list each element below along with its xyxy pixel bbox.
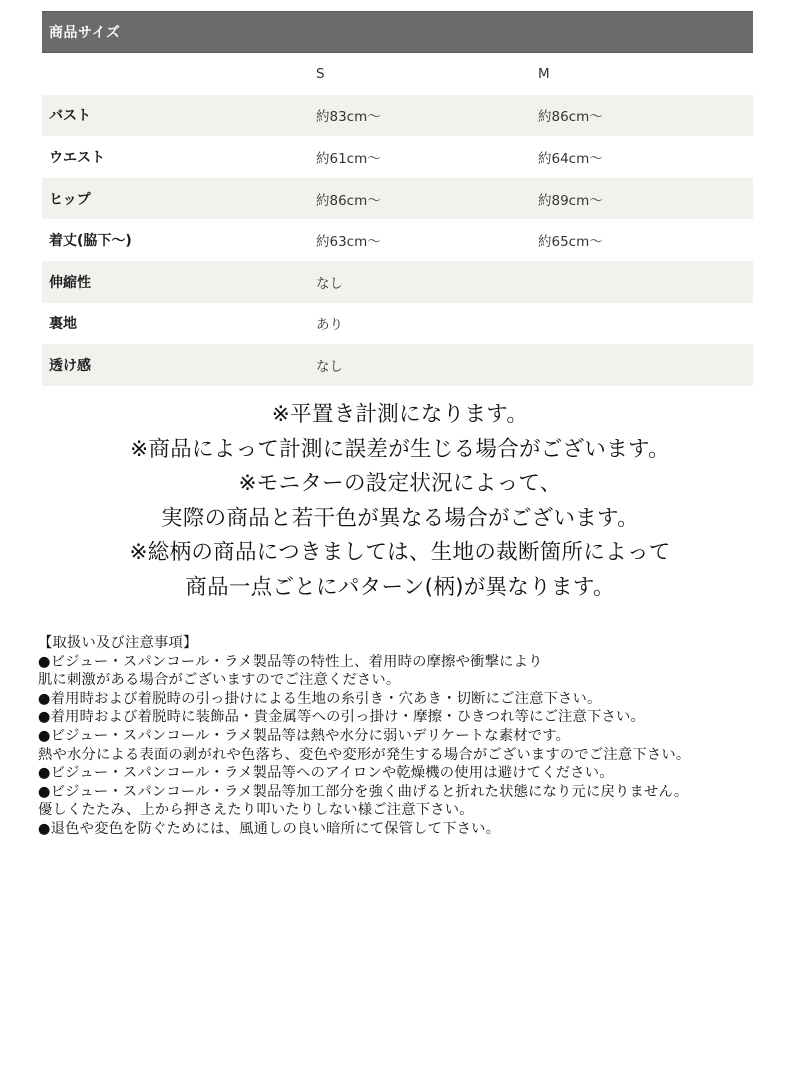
care-line: ●ビジュー・スパンコール・ラメ製品等は熱や水分に弱いデリケートな素材です。 bbox=[38, 727, 798, 746]
table-row-stretch: 伸縮性 なし bbox=[42, 261, 753, 303]
row-label: 裏地 bbox=[42, 313, 316, 333]
care-line: ●ビジュー・スパンコール・ラメ製品等の特性上、着用時の摩擦や衝撃により bbox=[38, 653, 798, 672]
cell-s: 約61cm～ bbox=[316, 147, 538, 167]
cell-m: 約64cm～ bbox=[538, 147, 753, 167]
care-line: ●ビジュー・スパンコール・ラメ製品等へのアイロンや乾燥機の使用は避けてください。 bbox=[38, 764, 798, 783]
note-line: 実際の商品と若干色が異なる場合がございます。 bbox=[0, 502, 800, 537]
care-line: ●着用時および着脱時の引っ掛けによる生地の糸引き・穴あき・切断にご注意下さい。 bbox=[38, 690, 798, 709]
size-table: 商品サイズ S M バスト 約83cm～ 約86cm～ ウエスト 約61cm～ … bbox=[42, 11, 753, 386]
note-line: 商品一点ごとにパターン(柄)が異なります。 bbox=[0, 571, 800, 606]
row-label: 着丈(脇下～) bbox=[42, 230, 316, 250]
column-header-s: S bbox=[316, 66, 538, 82]
cell-s: あり bbox=[316, 313, 538, 333]
column-header-m: M bbox=[538, 66, 753, 82]
cell-m: 約65cm～ bbox=[538, 230, 753, 250]
table-row-waist: ウエスト 約61cm～ 約64cm～ bbox=[42, 136, 753, 178]
note-line: ※総柄の商品につきましては、生地の裁断箇所によって bbox=[0, 536, 800, 571]
row-label: 伸縮性 bbox=[42, 272, 316, 292]
cell-m: 約86cm～ bbox=[538, 105, 753, 125]
row-label: ウエスト bbox=[42, 147, 316, 167]
size-column-header-row: S M bbox=[42, 53, 753, 95]
cell-s: 約86cm～ bbox=[316, 189, 538, 209]
care-instructions: 【取扱い及び注意事項】 ●ビジュー・スパンコール・ラメ製品等の特性上、着用時の摩… bbox=[38, 634, 798, 839]
measurement-notes: ※平置き計測になります。 ※商品によって計測に誤差が生じる場合がございます。 ※… bbox=[0, 398, 800, 605]
care-heading: 【取扱い及び注意事項】 bbox=[38, 634, 798, 653]
care-line: 優しくたたみ、上から押さえたり叩いたりしない様ご注意下さい。 bbox=[38, 801, 798, 820]
note-line: ※商品によって計測に誤差が生じる場合がございます。 bbox=[0, 433, 800, 468]
care-line: ●着用時および着脱時に装飾品・貴金属等への引っ掛け・摩擦・ひきつれ等にご注意下さ… bbox=[38, 708, 798, 727]
care-line: 肌に刺激がある場合がございますのでご注意ください。 bbox=[38, 671, 798, 690]
row-label: バスト bbox=[42, 105, 316, 125]
care-line: ●退色や変色を防ぐためには、風通しの良い暗所にて保管して下さい。 bbox=[38, 820, 798, 839]
row-label: ヒップ bbox=[42, 189, 316, 209]
table-row-lining: 裏地 あり bbox=[42, 303, 753, 345]
cell-s: 約83cm～ bbox=[316, 105, 538, 125]
care-line: 熱や水分による表面の剥がれや色落ち、変色や変形が発生する場合がございますのでご注… bbox=[38, 746, 798, 765]
cell-s: 約63cm～ bbox=[316, 230, 538, 250]
cell-s: なし bbox=[316, 355, 538, 375]
row-label: 透け感 bbox=[42, 355, 316, 375]
cell-m: 約89cm～ bbox=[538, 189, 753, 209]
table-row-sheerness: 透け感 なし bbox=[42, 344, 753, 386]
size-table-title: 商品サイズ bbox=[49, 22, 120, 42]
table-row-bust: バスト 約83cm～ 約86cm～ bbox=[42, 95, 753, 137]
table-row-length: 着丈(脇下～) 約63cm～ 約65cm～ bbox=[42, 219, 753, 261]
table-row-hip: ヒップ 約86cm～ 約89cm～ bbox=[42, 178, 753, 220]
care-line: ●ビジュー・スパンコール・ラメ製品等加工部分を強く曲げると折れた状態になり元に戻… bbox=[38, 783, 798, 802]
cell-s: なし bbox=[316, 272, 538, 292]
note-line: ※モニターの設定状況によって、 bbox=[0, 467, 800, 502]
note-line: ※平置き計測になります。 bbox=[0, 398, 800, 433]
size-table-header: 商品サイズ bbox=[42, 11, 753, 53]
